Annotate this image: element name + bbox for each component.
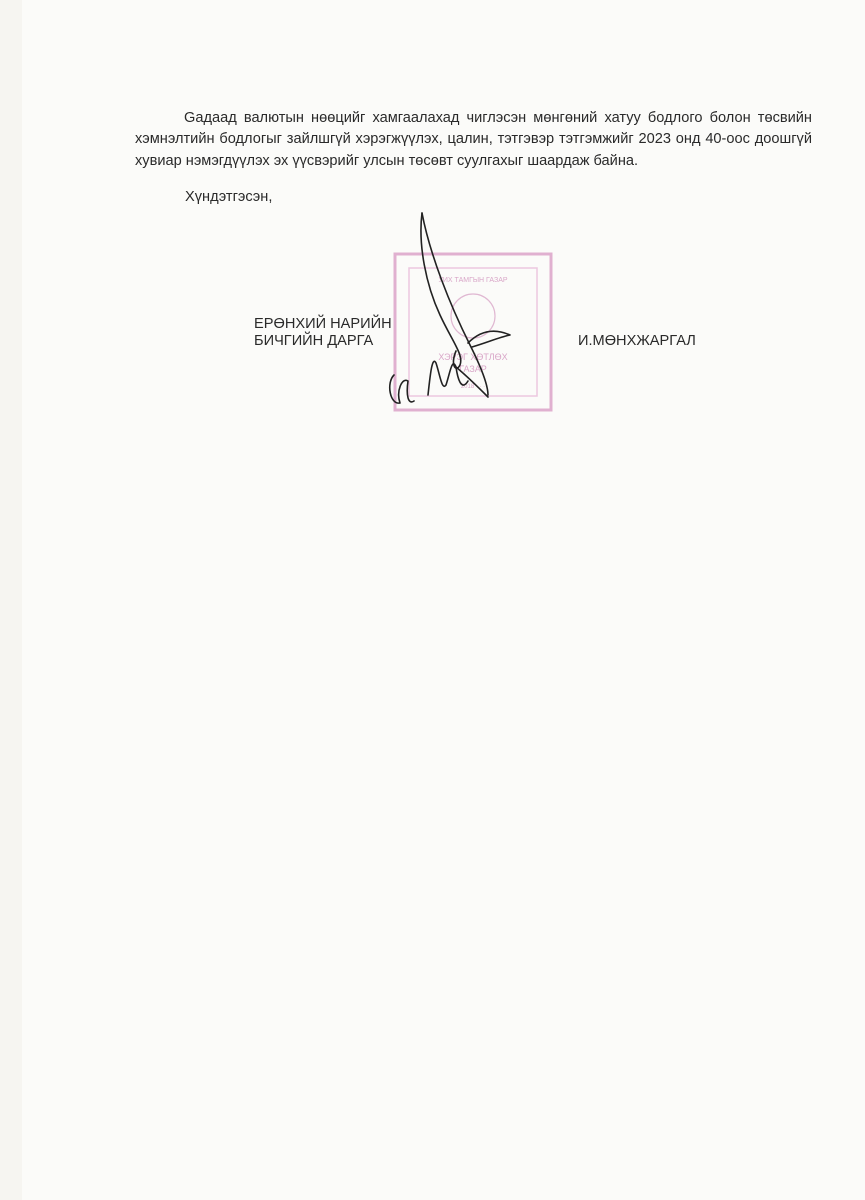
scan-edge [0,0,22,1200]
signatory-name: И.МӨНХЖАРГАЛ [578,333,696,349]
handwritten-signature-icon [360,205,570,420]
closing-salutation: Хүндэтгэсэн, [185,189,272,205]
body-paragraph: Gадаад валютын нөөцийг хамгаалахад чиглэ… [135,108,812,173]
